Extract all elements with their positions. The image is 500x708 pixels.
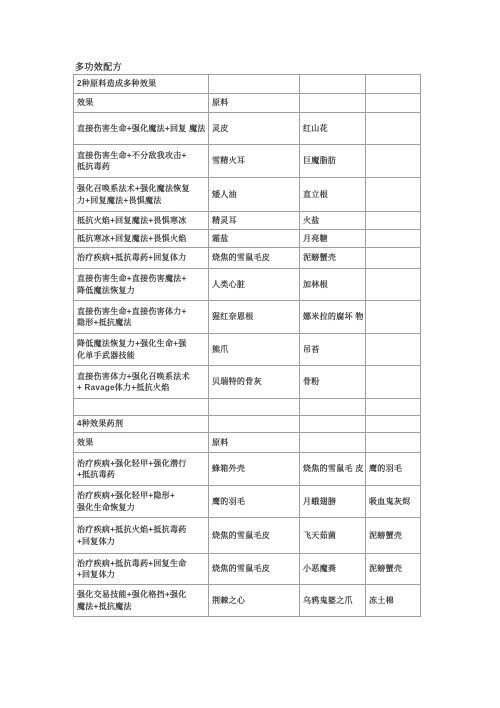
table-cell: 烧焦的雪鼠毛 皮: [300, 453, 366, 486]
table-row: 治疗疾病+抵抗毒药+回复体力烧焦的雪鼠毛皮泥螃蟹壳: [74, 248, 421, 269]
table-cell: [366, 248, 421, 269]
table-cell: 矮人油: [209, 178, 300, 212]
table-row: 治疗疾病+强化轻甲+隐形+ 强化生命恢复力鹰的羽毛月蛾翅膀吸血鬼灰烬: [74, 486, 421, 518]
table-cell: 泥螃蟹壳: [366, 518, 421, 554]
section-header-row: 4种效果药剂: [74, 416, 421, 433]
table-cell: 熊爪: [209, 334, 300, 366]
table-cell: 治疗疾病+抵抗火焰+抵抗毒药 +回复体力: [74, 518, 209, 554]
table-cell: 治疗疾病+强化轻甲+强化潜行 +抵抗毒药: [74, 453, 209, 486]
table-cell: 巨魔脂肪: [300, 145, 366, 178]
table-cell: 乌鸦鬼婆之爪: [300, 585, 366, 617]
table-cell: 降低魔法恢复力+强化生命+强 化单手武器技能: [74, 334, 209, 366]
recipe-table-body: 2种原料造成多种效果效果原料直接伤害生命+强化魔法+回复 魔法灵皮红山花直接伤害…: [74, 75, 421, 617]
table-cell: 直接伤害生命+直接伤害魔法+ 降低魔法恢复力: [74, 269, 209, 301]
table-cell: 贝瑞特的骨灰: [209, 366, 300, 399]
table-cell: 红山花: [300, 113, 366, 145]
table-cell: 娜米拉的腐坏 物: [300, 301, 366, 334]
table-cell: [366, 269, 421, 301]
recipe-table: 2种原料造成多种效果效果原料直接伤害生命+强化魔法+回复 魔法灵皮红山花直接伤害…: [73, 74, 421, 617]
table-row: 治疗疾病+抵抗毒药+回复生命 +回复体力烧焦的雪鼠毛皮小恶魔粪泥螃蟹壳: [74, 554, 421, 585]
table-row: 直接伤害生命+直接伤害体力+ 隐形+抵抗魔法猩红奈恩根娜米拉的腐坏 物: [74, 301, 421, 334]
table-cell: [366, 145, 421, 178]
table-cell: 泥螃蟹壳: [300, 248, 366, 269]
table-cell: [366, 301, 421, 334]
table-row: 抵抗火焰+回复魔法+畏惧寒冰精灵耳火盐: [74, 212, 421, 230]
table-row: 直接伤害生命+强化魔法+回复 魔法灵皮红山花: [74, 113, 421, 145]
table-cell: [209, 399, 300, 416]
table-cell: 月蛾翅膀: [300, 486, 366, 518]
table-row: 治疗疾病+强化轻甲+强化潜行 +抵抗毒药蜂箱外壳烧焦的雪鼠毛 皮鹰的羽毛: [74, 453, 421, 486]
section-header-row: 2种原料造成多种效果: [74, 75, 421, 94]
table-cell: 鹰的羽毛: [209, 486, 300, 518]
table-cell: [366, 334, 421, 366]
table-row: 直接伤害体力+强化召唤系法术 + Ravage体力+抵抗火焰贝瑞特的骨灰骨粉: [74, 366, 421, 399]
table-row: 降低魔法恢复力+强化生命+强 化单手武器技能熊爪吊苔: [74, 334, 421, 366]
table-cell: 4种效果药剂: [74, 416, 209, 433]
table-cell: [209, 416, 300, 433]
table-cell: [300, 94, 366, 113]
table-cell: 抵抗寒冰+回复魔法+畏惧火焰: [74, 230, 209, 248]
table-row: 治疗疾病+抵抗火焰+抵抗毒药 +回复体力烧焦的雪鼠毛皮飞天茹菌泥螃蟹壳: [74, 518, 421, 554]
table-cell: 飞天茹菌: [300, 518, 366, 554]
table-cell: 精灵耳: [209, 212, 300, 230]
table-cell: [366, 230, 421, 248]
table-row: 直接伤害生命+不分敌我攻击+ 抵抗毒药雪精火耳巨魔脂肪: [74, 145, 421, 178]
table-cell: 鹰的羽毛: [366, 453, 421, 486]
table-cell: 治疗疾病+抵抗毒药+回复生命 +回复体力: [74, 554, 209, 585]
table-cell: 加林根: [300, 269, 366, 301]
table-cell: 直接伤害生命+强化魔法+回复 魔法: [74, 113, 209, 145]
table-cell: [300, 399, 366, 416]
table-cell: 冻土棉: [366, 585, 421, 617]
table-cell: 强化召唤系法术+强化魔法恢复 力+回复魔法+畏惧魔法: [74, 178, 209, 212]
table-cell: 灵皮: [209, 113, 300, 145]
table-cell: 荆棘之心: [209, 585, 300, 617]
table-cell: [366, 416, 421, 433]
table-cell: [366, 94, 421, 113]
table-cell: 烧焦的雪鼠毛皮: [209, 518, 300, 554]
page-title: 多功效配方: [75, 60, 122, 73]
table-row: 抵抗寒冰+回复魔法+畏惧火焰霜盐月亮糖: [74, 230, 421, 248]
spacer-row: [74, 399, 421, 416]
table-row: 强化交易技能+强化格挡+强化 魔法+抵抗魔法荆棘之心乌鸦鬼婆之爪冻土棉: [74, 585, 421, 617]
table-cell: 原料: [209, 433, 300, 453]
table-cell: 效果: [74, 433, 209, 453]
table-cell: [366, 75, 421, 94]
table-cell: 直接伤害生命+直接伤害体力+ 隐形+抵抗魔法: [74, 301, 209, 334]
table-cell: 月亮糖: [300, 230, 366, 248]
table-cell: 烧焦的雪鼠毛皮: [209, 248, 300, 269]
column-header-row: 效果原料: [74, 94, 421, 113]
table-cell: [300, 416, 366, 433]
table-cell: 治疗疾病+抵抗毒药+回复体力: [74, 248, 209, 269]
table-cell: [366, 399, 421, 416]
table-cell: 雪精火耳: [209, 145, 300, 178]
table-cell: 原料: [209, 94, 300, 113]
table-cell: 吊苔: [300, 334, 366, 366]
table-cell: 泥螃蟹壳: [366, 554, 421, 585]
table-cell: 2种原料造成多种效果: [74, 75, 209, 94]
table-cell: [366, 212, 421, 230]
table-cell: 直立根: [300, 178, 366, 212]
table-cell: [300, 75, 366, 94]
table-cell: [366, 366, 421, 399]
table-cell: 火盐: [300, 212, 366, 230]
table-row: 直接伤害生命+直接伤害魔法+ 降低魔法恢复力人类心脏加林根: [74, 269, 421, 301]
table-cell: 猩红奈恩根: [209, 301, 300, 334]
table-cell: 直接伤害体力+强化召唤系法术 + Ravage体力+抵抗火焰: [74, 366, 209, 399]
table-cell: 骨粉: [300, 366, 366, 399]
table-cell: 直接伤害生命+不分敌我攻击+ 抵抗毒药: [74, 145, 209, 178]
column-header-row: 效果原料: [74, 433, 421, 453]
table-cell: 霜盐: [209, 230, 300, 248]
table-cell: [74, 399, 209, 416]
table-cell: 小恶魔粪: [300, 554, 366, 585]
table-row: 强化召唤系法术+强化魔法恢复 力+回复魔法+畏惧魔法矮人油直立根: [74, 178, 421, 212]
table-cell: 吸血鬼灰烬: [366, 486, 421, 518]
table-cell: [366, 433, 421, 453]
table-cell: 强化交易技能+强化格挡+强化 魔法+抵抗魔法: [74, 585, 209, 617]
table-cell: 抵抗火焰+回复魔法+畏惧寒冰: [74, 212, 209, 230]
table-cell: 效果: [74, 94, 209, 113]
document-page: 多功效配方 2种原料造成多种效果效果原料直接伤害生命+强化魔法+回复 魔法灵皮红…: [0, 0, 500, 708]
table-cell: [209, 75, 300, 94]
table-cell: 烧焦的雪鼠毛皮: [209, 554, 300, 585]
table-cell: [366, 178, 421, 212]
table-cell: [300, 433, 366, 453]
table-cell: [366, 113, 421, 145]
table-cell: 治疗疾病+强化轻甲+隐形+ 强化生命恢复力: [74, 486, 209, 518]
table-cell: 人类心脏: [209, 269, 300, 301]
table-cell: 蜂箱外壳: [209, 453, 300, 486]
